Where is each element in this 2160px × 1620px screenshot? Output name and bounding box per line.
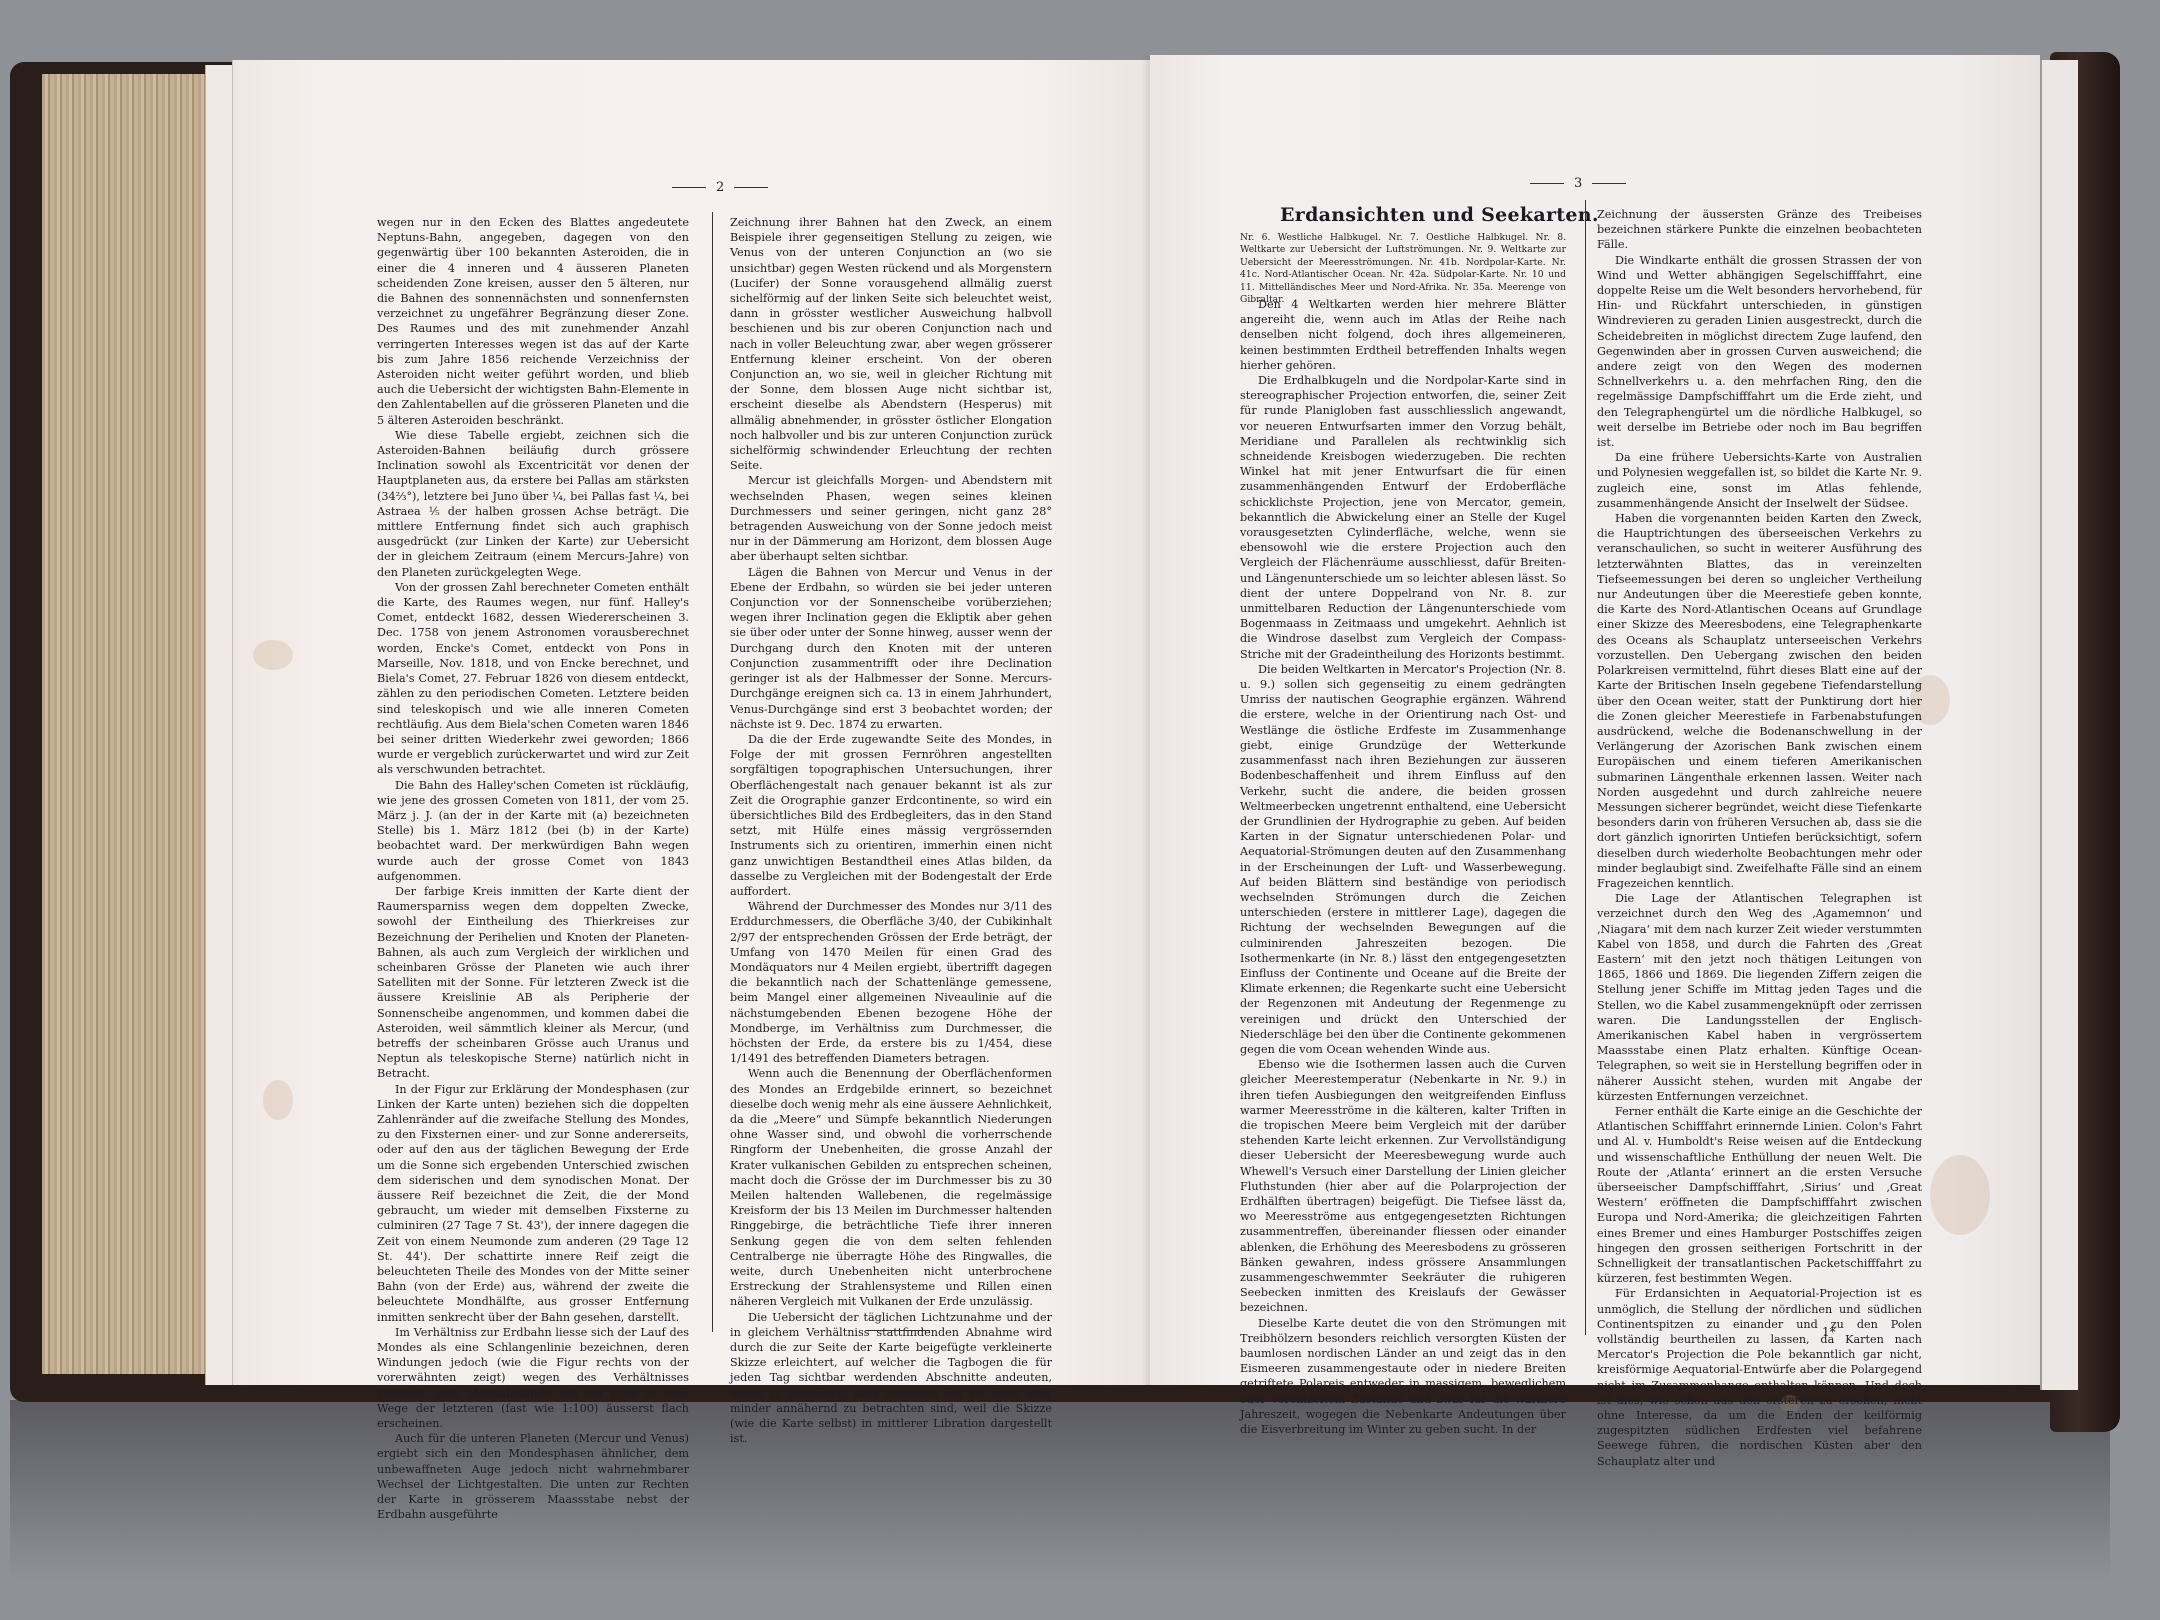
paragraph: Im Verhältniss zur Erdbahn liesse sich d… [377, 1325, 689, 1431]
paragraph: Lägen die Bahnen von Mercur und Venus in… [730, 565, 1052, 732]
paragraph: Zeichnung der äussersten Gränze des Trei… [1597, 207, 1922, 253]
paragraph: Für Erdansichten in Aequatorial-Projecti… [1597, 1286, 1922, 1468]
page-number-text: 3 [1574, 176, 1582, 191]
left-page-column-2: Zeichnung ihrer Bahnen hat den Zweck, an… [730, 215, 1052, 1446]
paragraph: Die beiden Weltkarten in Mercator's Proj… [1240, 662, 1566, 1057]
paragraph: Ferner enthält die Karte einige an die G… [1597, 1104, 1922, 1286]
paragraph: Mercur ist gleichfalls Morgen- und Abend… [730, 473, 1052, 564]
paragraph: Die Bahn des Halley'schen Cometen ist rü… [377, 778, 689, 884]
paragraph: In der Figur zur Erklärung der Mondespha… [377, 1082, 689, 1325]
paragraph: Die Windkarte enthält die grossen Strass… [1597, 253, 1922, 451]
paragraph: Da die der Erde zugewandte Seite des Mon… [730, 732, 1052, 899]
paragraph: Wenn auch die Benennung der Oberflächenf… [730, 1066, 1052, 1309]
paragraph: Da eine frühere Uebersichts-Karte von Au… [1597, 450, 1922, 511]
folio-rule [1530, 183, 1564, 184]
signature-mark: 1* [1822, 1325, 1836, 1339]
column-divider [1585, 200, 1586, 1335]
paragraph: Die Erdhalbkugeln und die Nordpolar-Kart… [1240, 373, 1566, 662]
paragraph: Der farbige Kreis inmitten der Karte die… [377, 884, 689, 1082]
right-page-column-2: Zeichnung der äussersten Gränze des Trei… [1597, 207, 1922, 1469]
map-contents-list: Nr. 6. Westliche Halbkugel. Nr. 7. Oestl… [1240, 232, 1566, 306]
foxing-stain [1930, 1155, 1990, 1235]
folio-rule [672, 187, 706, 188]
column-divider [712, 212, 713, 1332]
left-page-column-1: wegen nur in den Ecken des Blattes anged… [377, 215, 689, 1522]
page-number-text: 2 [716, 180, 724, 195]
page-block-edge [42, 74, 222, 1374]
paragraph: Während der Durchmesser des Mondes nur 3… [730, 899, 1052, 1066]
paragraph: Wie diese Tabelle ergiebt, zeichnen sich… [377, 428, 689, 580]
paragraph: Ebenso wie die Isothermen lassen auch di… [1240, 1057, 1566, 1315]
endpaper-strip [2040, 60, 2078, 1390]
page-number-right: 3 [1520, 176, 1636, 191]
paragraph: Den 4 Weltkarten werden hier mehrere Blä… [1240, 297, 1566, 373]
page-number-left: 2 [662, 180, 778, 195]
section-end-rule [866, 1330, 930, 1331]
paragraph: Zeichnung ihrer Bahnen hat den Zweck, an… [730, 215, 1052, 473]
paragraph: Von der grossen Zahl berechneter Cometen… [377, 580, 689, 778]
paragraph: Auch für die unteren Planeten (Mercur un… [377, 1431, 689, 1522]
paragraph: Dieselbe Karte deutet die von den Strömu… [1240, 1316, 1566, 1438]
flyleaf-edge [205, 65, 235, 1385]
paragraph: Die Lage der Atlantischen Telegraphen is… [1597, 891, 1922, 1104]
section-heading: Erdansichten und Seekarten. [1280, 204, 1599, 226]
paragraph: Haben die vorgenannten beiden Karten den… [1597, 511, 1922, 891]
foxing-stain [253, 640, 293, 670]
folio-rule [1592, 183, 1626, 184]
folio-rule [734, 187, 768, 188]
foxing-stain [263, 1080, 293, 1120]
right-page-column-1: Den 4 Weltkarten werden hier mehrere Blä… [1240, 297, 1566, 1437]
paragraph: wegen nur in den Ecken des Blattes anged… [377, 215, 689, 428]
